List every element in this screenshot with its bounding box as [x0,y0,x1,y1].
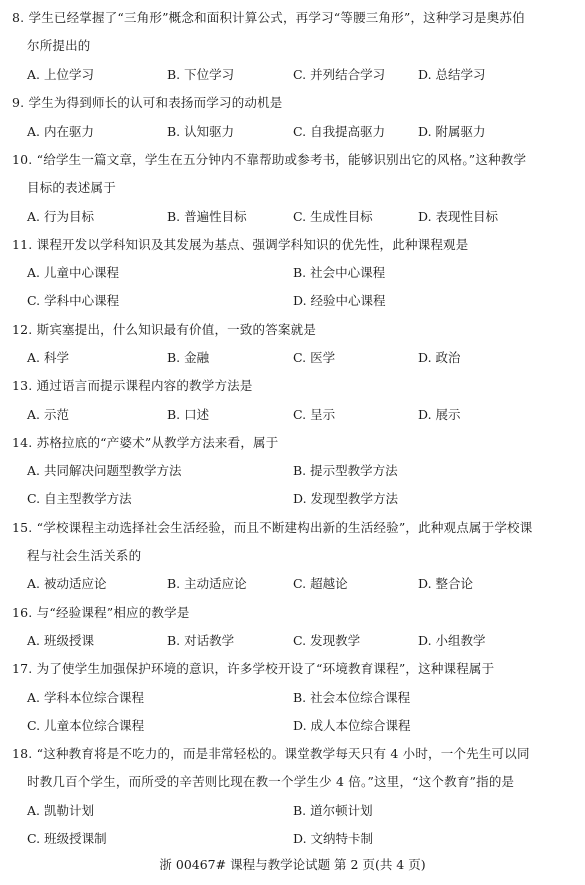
question-12-option-a: A. 科学 [27,350,69,366]
question-12-option-b: B. 金融 [167,350,209,366]
question-11-option-d: D. 经验中心课程 [293,293,386,309]
question-9-option-d: D. 附属驱力 [418,124,486,140]
question-18-text: 18. “这种教育将是不吃力的，而是非常轻松的。课堂教学每天只有 4 小时，一个… [12,746,530,762]
question-13-option-d: D. 展示 [418,407,461,423]
question-15-option-d: D. 整合论 [418,576,473,592]
question-14-text: 14. 苏格拉底的“产婆术”从教学方法来看，属于 [12,435,278,451]
question-15-text: 15. “学校课程主动选择社会生活经验，而且不断建构出新的生活经验”，此种观点属… [12,520,532,536]
question-14-option-d: D. 发现型教学方法 [293,491,398,507]
question-17-option-b: B. 社会本位综合课程 [293,690,410,706]
question-16-text: 16. 与“经验课程”相应的教学是 [12,605,190,621]
question-9-option-c: C. 自我提高驱力 [293,124,385,140]
question-16-option-b: B. 对话教学 [167,633,234,649]
question-12-option-d: D. 政治 [418,350,461,366]
question-11-option-b: B. 社会中心课程 [293,265,385,281]
question-14-option-a: A. 共同解决问题型教学方法 [27,463,181,479]
question-10-text: 10. “给学生一篇文章，学生在五分钟内不靠帮助或参考书，能够识别出它的风格。”… [12,152,526,168]
question-10-option-c: C. 生成性目标 [293,209,373,225]
question-10-option-b: B. 普遍性目标 [167,209,247,225]
question-17-text: 17. 为了使学生加强保护环境的意识，许多学校开设了“环境教育课程”，这种课程属… [12,661,494,677]
question-18-option-a: A. 凯勒计划 [27,803,94,819]
question-8-text: 8. 学生已经掌握了“三角形”概念和面积计算公式，再学习“等腰三角形”，这种学习… [12,10,525,26]
question-14-option-c: C. 自主型教学方法 [27,491,132,507]
question-15-text-cont: 程与社会生活关系的 [27,548,141,564]
question-17-option-a: A. 学科本位综合课程 [27,690,144,706]
question-11-option-a: A. 儿童中心课程 [27,265,119,281]
question-15-option-c: C. 超越论 [293,576,348,592]
question-16-option-c: C. 发现教学 [293,633,360,649]
question-13-option-a: A. 示范 [27,407,69,423]
question-13-text: 13. 通过语言而提示课程内容的教学方法是 [12,378,253,394]
question-15-option-a: A. 被动适应论 [27,576,106,592]
question-8-option-b: B. 下位学习 [167,67,234,83]
question-17-option-c: C. 儿童本位综合课程 [27,718,144,734]
exam-page: 8. 学生已经掌握了“三角形”概念和面积计算公式，再学习“等腰三角形”，这种学习… [0,0,585,885]
question-9-text: 9. 学生为得到师长的认可和表扬而学习的动机是 [12,95,283,111]
question-15-option-b: B. 主动适应论 [167,576,247,592]
question-10-option-a: A. 行为目标 [27,209,94,225]
question-18-option-c: C. 班级授课制 [27,831,107,847]
question-11-option-c: C. 学科中心课程 [27,293,119,309]
question-13-option-b: B. 口述 [167,407,209,423]
question-16-option-a: A. 班级授课 [27,633,94,649]
question-8-option-a: A. 上位学习 [27,67,94,83]
question-18-option-d: D. 文纳特卡制 [293,831,373,847]
question-17-option-d: D. 成人本位综合课程 [293,718,411,734]
question-12-option-c: C. 医学 [293,350,335,366]
question-16-option-d: D. 小组教学 [418,633,486,649]
question-9-option-a: A. 内在驱力 [27,124,94,140]
question-11-text: 11. 课程开发以学科知识及其发展为基点、强调学科知识的优先性，此种课程观是 [12,237,468,253]
page-footer: 浙 00467# 课程与教学论试题 第 2 页(共 4 页) [0,857,585,873]
question-8-text-cont: 尔所提出的 [27,38,91,54]
question-13-option-c: C. 呈示 [293,407,335,423]
question-12-text: 12. 斯宾塞提出，什么知识最有价值，一致的答案就是 [12,322,316,338]
question-10-text-cont: 目标的表述属于 [27,180,116,196]
question-10-option-d: D. 表现性目标 [418,209,498,225]
question-14-option-b: B. 提示型教学方法 [293,463,398,479]
question-18-option-b: B. 道尔顿计划 [293,803,373,819]
question-9-option-b: B. 认知驱力 [167,124,234,140]
question-18-text-cont: 时教几百个学生，而所受的辛苦则比现在教一个学生少 4 倍。”这里，“这个教育”指… [27,774,514,790]
question-8-option-d: D. 总结学习 [418,67,486,83]
question-8-option-c: C. 并列结合学习 [293,67,385,83]
